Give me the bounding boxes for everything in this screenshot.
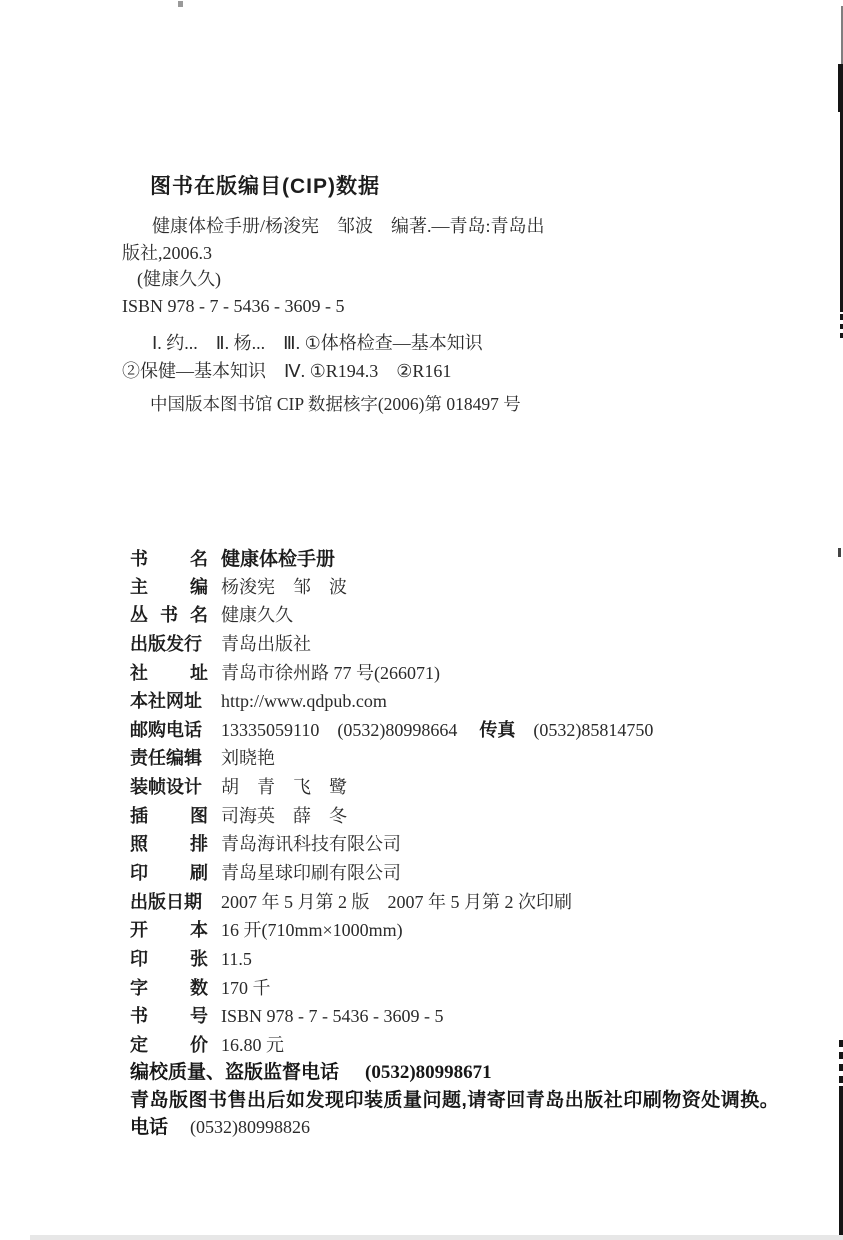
phone-number: (0532)80998826 (190, 1117, 310, 1138)
colophon-label: 照排 (130, 830, 208, 856)
scan-mark-right-edge (839, 1086, 843, 1240)
quality-hotline-line: 编校质量、盗版监督电话 (0532)80998671 (130, 1057, 810, 1085)
scan-mark-right-edge (841, 6, 843, 66)
quality-hotline-number: (0532)80998671 (365, 1062, 492, 1084)
colophon-row: 书名健康体检手册 (130, 544, 790, 573)
cip-entry-block: 健康体检手册/杨浚宪 邹波 编著.—青岛:青岛出 版社,2006.3 (健康久久… (122, 213, 762, 319)
footer-block: 编校质量、盗版监督电话 (0532)80998671 青岛版图书售出后如发现印装… (130, 1057, 810, 1140)
scan-mark-bottom-edge (30, 1235, 843, 1240)
cip-entry-line: 健康体检手册/杨浚宪 邹波 编著.—青岛:青岛出 (122, 213, 762, 240)
return-notice-text: 青岛版图书售出后如发现印装质量问题,请寄回青岛出版社印刷物资处调换。 (130, 1085, 779, 1112)
colophon-value: 13335059110 (0532)80998664 (221, 716, 457, 742)
phone-line: 电话 (0532)80998826 (130, 1112, 810, 1140)
colophon-label: 印张 (130, 945, 208, 971)
colophon-row: 字数170 千 (130, 974, 790, 1003)
colophon-row: 开本16 开(710mm×1000mm) (130, 916, 790, 945)
phone-label: 电话 (130, 1112, 168, 1139)
colophon-label: 出版日期 (130, 888, 208, 914)
colophon-value: 胡 青 飞 鹭 (221, 773, 347, 799)
quality-hotline-label: 编校质量、盗版监督电话 (130, 1057, 339, 1084)
colophon-value: ISBN 978 - 7 - 5436 - 3609 - 5 (221, 1006, 444, 1027)
colophon-label: 丛书名 (130, 601, 208, 627)
colophon-value: 刘晓艳 (221, 744, 275, 770)
colophon-label: 插图 (130, 802, 208, 828)
colophon-value: http://www.qdpub.com (221, 691, 387, 712)
colophon-row: 主编杨浚宪 邹 波 (130, 573, 790, 602)
colophon-value: 2007 年 5 月第 2 版 2007 年 5 月第 2 次印刷 (221, 888, 572, 914)
colophon-row: 印刷青岛星球印刷有限公司 (130, 859, 790, 888)
colophon-value: 青岛星球印刷有限公司 (221, 859, 401, 885)
colophon-label: 字数 (130, 974, 208, 1000)
scan-mark-right-edge (839, 1040, 843, 1047)
fax-label: 传真 (479, 716, 515, 742)
colophon-label: 责任编辑 (130, 744, 208, 770)
scan-mark-right-edge (838, 548, 841, 557)
colophon-label: 印刷 (130, 859, 208, 885)
cip-series-line: (健康久久) (122, 266, 762, 293)
return-notice-line: 青岛版图书售出后如发现印装质量问题,请寄回青岛出版社印刷物资处调换。 (130, 1085, 810, 1113)
colophon-value: 健康久久 (221, 601, 293, 627)
cip-entry-line: 版社,2006.3 (122, 240, 762, 267)
scan-speck (178, 1, 183, 7)
colophon-label: 书号 (130, 1002, 208, 1028)
colophon-value: 杨浚宪 邹 波 (221, 573, 347, 599)
colophon-label: 书名 (130, 545, 208, 571)
scan-mark-right-edge (840, 112, 843, 312)
colophon-value: 青岛海讯科技有限公司 (221, 830, 401, 856)
colophon-value: 青岛市徐州路 77 号(266071) (221, 659, 440, 685)
cip-isbn-line: ISBN 978 - 7 - 5436 - 3609 - 5 (122, 293, 762, 320)
colophon-label: 开本 (130, 916, 208, 942)
cip-header-title: 图书在版编目(CIP)数据 (150, 170, 380, 200)
colophon-row: 责任编辑刘晓艳 (130, 744, 790, 773)
cip-classification-line: ②保健—基本知识 Ⅳ. ①R194.3 ②R161 (122, 358, 762, 386)
colophon-value: 16.80 元 (221, 1031, 284, 1057)
colophon-row: 邮购电话13335059110 (0532)80998664传真(0532)85… (130, 716, 790, 745)
colophon-value: 青岛出版社 (221, 630, 311, 656)
colophon-label: 定价 (130, 1031, 208, 1057)
colophon-value: 16 开(710mm×1000mm) (221, 916, 403, 942)
colophon-row: 照排青岛海讯科技有限公司 (130, 830, 790, 859)
colophon-rows: 书名健康体检手册主编杨浚宪 邹 波丛书名健康久久出版发行青岛出版社社址青岛市徐州… (130, 544, 790, 1060)
colophon-row: 书号ISBN 978 - 7 - 5436 - 3609 - 5 (130, 1002, 790, 1031)
colophon-value: 170 千 (221, 974, 271, 1000)
colophon-label: 本社网址 (130, 687, 208, 713)
colophon-row: 装帧设计胡 青 飞 鹭 (130, 773, 790, 802)
fax-number: (0532)85814750 (533, 720, 653, 741)
colophon-value: 11.5 (221, 949, 252, 970)
colophon-row: 印张11.5 (130, 945, 790, 974)
book-copyright-page: 图书在版编目(CIP)数据 健康体检手册/杨浚宪 邹波 编著.—青岛:青岛出 版… (0, 0, 843, 1240)
colophon-label: 社址 (130, 659, 208, 685)
colophon-row: 社址青岛市徐州路 77 号(266071) (130, 659, 790, 688)
colophon-row: 出版发行青岛出版社 (130, 630, 790, 659)
colophon-label: 出版发行 (130, 630, 208, 656)
scan-mark-right-edge (838, 64, 843, 112)
colophon-value: 司海英 薛 冬 (221, 802, 347, 828)
colophon-row: 插图司海英 薛 冬 (130, 802, 790, 831)
colophon-label: 主编 (130, 573, 208, 599)
scan-mark-right-edge (839, 1076, 843, 1083)
cip-classification-line: Ⅰ. 约... Ⅱ. 杨... Ⅲ. ①体格检查—基本知识 (122, 330, 762, 358)
scan-mark-right-edge (839, 1064, 843, 1071)
colophon-label: 装帧设计 (130, 773, 208, 799)
colophon-value: 健康体检手册 (221, 544, 335, 571)
scan-mark-right-edge (839, 1052, 843, 1059)
colophon-row: 出版日期2007 年 5 月第 2 版 2007 年 5 月第 2 次印刷 (130, 888, 790, 917)
colophon-row: 定价16.80 元 (130, 1031, 790, 1060)
colophon-row: 丛书名健康久久 (130, 601, 790, 630)
cip-registration-line: 中国版本图书馆 CIP 数据核字(2006)第 018497 号 (150, 391, 521, 416)
colophon-row: 本社网址http://www.qdpub.com (130, 687, 790, 716)
cip-classification-block: Ⅰ. 约... Ⅱ. 杨... Ⅲ. ①体格检查—基本知识 ②保健—基本知识 Ⅳ… (122, 330, 762, 385)
colophon-label: 邮购电话 (130, 716, 208, 742)
